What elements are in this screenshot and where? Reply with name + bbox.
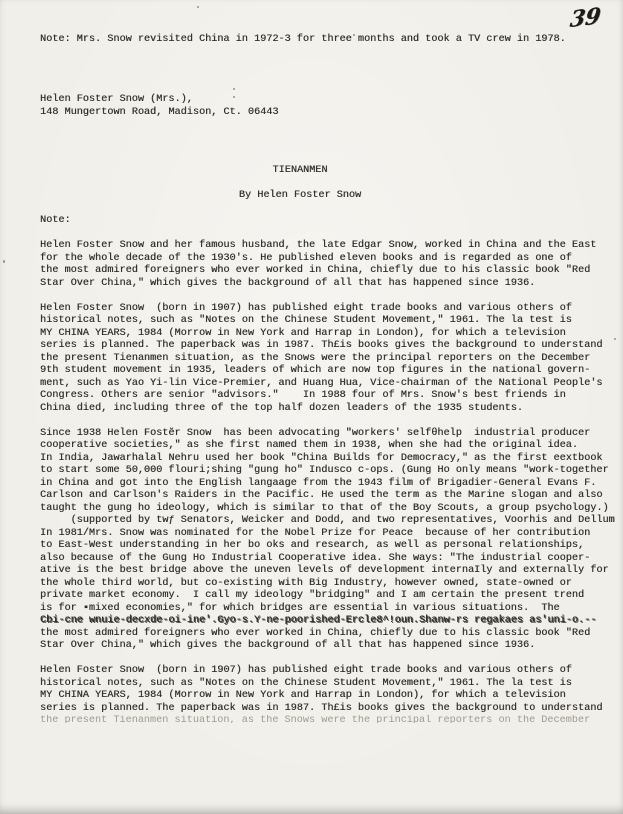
text-line: the whole third world, but co-existing w…	[40, 578, 600, 591]
text-line: taught the gung ho ideology, which is si…	[40, 503, 600, 516]
text-line: ative is the best bridge above the uneve…	[40, 565, 600, 578]
text-line: series is planned. The paperback was in …	[40, 340, 600, 353]
text-line: is for ▪mixed economies," for which brid…	[40, 603, 600, 616]
text-line: the most admired foreigners who ever wor…	[40, 265, 600, 278]
paper-speck	[233, 88, 235, 90]
byline: By Helen Foster Snow	[40, 190, 560, 203]
overstruck-garbled-line: Cbi-cne wnuie-decxde-oi-ine'.Gyo-s.Y-ne-…	[40, 615, 600, 628]
text-line: Since 1938 Helen Fostĕr Snow has been ad…	[40, 428, 600, 441]
paper-speck	[353, 34, 355, 36]
address-block: Helen Foster Snow (Mrs.), 148 Mungertown…	[40, 94, 278, 119]
text-line: in China and got into the English langaa…	[40, 478, 600, 491]
paper-speck	[3, 260, 5, 263]
text-line: private market economy. I call my ideolo…	[40, 590, 600, 603]
text-line: Helen Foster Snow (born in 1907) has pub…	[40, 303, 600, 316]
paragraph: Since 1938 Helen Fostĕr Snow has been ad…	[40, 428, 600, 653]
paragraph: Helen Foster Snow and her famous husband…	[40, 240, 600, 290]
paper-speck	[614, 338, 616, 340]
paper-speck	[233, 96, 235, 98]
text-line: Helen Foster Snow and her famous husband…	[40, 240, 600, 253]
faint-cutoff-line: the present Tienanmen situation, as the …	[40, 715, 600, 723]
text-line: Star Over China," which gives the backgr…	[40, 640, 600, 653]
text-line: China died, including three of the top h…	[40, 403, 600, 416]
text-line: Carlson and Carlson's Raiders in the Pac…	[40, 490, 600, 503]
document-body: TIENANMEN By Helen Foster Snow Note: Hel…	[40, 165, 600, 723]
text-line: ment, such as Yao Yi-lin Vice-Premier, a…	[40, 378, 600, 391]
text-line: Helen Foster Snow (born in 1907) has pub…	[40, 665, 600, 678]
handwritten-page-number: 39	[569, 4, 602, 32]
text-line: Star Over China," which gives the backgr…	[40, 278, 600, 291]
address-line: Helen Foster Snow (Mrs.),	[40, 94, 278, 107]
address-line: 148 Mungertown Road, Madison, Ct. 06443	[40, 107, 278, 120]
text-line: for the whole decade of the 1930's. He p…	[40, 253, 600, 266]
paper-speck	[197, 6, 199, 8]
text-line: MY CHINA YEARS, 1984 (Morrow in New York…	[40, 690, 600, 703]
text-line: 9th student movement in 1935, leaders of…	[40, 365, 600, 378]
text-line: cooperative societies," as she first nam…	[40, 440, 600, 453]
text-line: In 1981/Mrs. Snow was nominated for the …	[40, 528, 600, 541]
top-note-line: Note: Mrs. Snow revisited China in 1972-…	[40, 34, 566, 47]
text-line: historical notes, such as "Notes on the …	[40, 678, 600, 691]
page-title: TIENANMEN	[40, 165, 560, 178]
paragraph: Helen Foster Snow (born in 1907) has pub…	[40, 303, 600, 416]
paragraph: Helen Foster Snow (born in 1907) has pub…	[40, 665, 600, 723]
text-line: historical notes, such as "Notes on the …	[40, 315, 600, 328]
scanned-document-page: 39 Note: Mrs. Snow revisited China in 19…	[0, 0, 623, 814]
text-line: to East-West understanding in her bo oks…	[40, 540, 600, 553]
text-line: the most admired foreigners who ever wor…	[40, 628, 600, 641]
inserted-note-line: (supported by twƒ Senators, Weicker and …	[40, 515, 600, 528]
overstrike-layer: Cbi-cne wnuie-decxde-oi-ine'.Gyo-s.Y-ne-…	[41, 616, 597, 629]
text-line: the present Tienanmen situation, as the …	[40, 353, 600, 366]
text-line: series is planned. The paperback was in …	[40, 703, 600, 716]
text-line: MY CHINA YEARS, 1984 (Morrow in New York…	[40, 328, 600, 341]
text-line: In India, Jawarhalal Nehru used her book…	[40, 453, 600, 466]
text-line: Congress. Others are senior "advisors." …	[40, 390, 600, 403]
text-line: also because of the Gung Ho Industrial C…	[40, 553, 600, 566]
text-line: to start some 50,000 flouri;shing "gung …	[40, 465, 600, 478]
note-label: Note:	[40, 215, 600, 228]
